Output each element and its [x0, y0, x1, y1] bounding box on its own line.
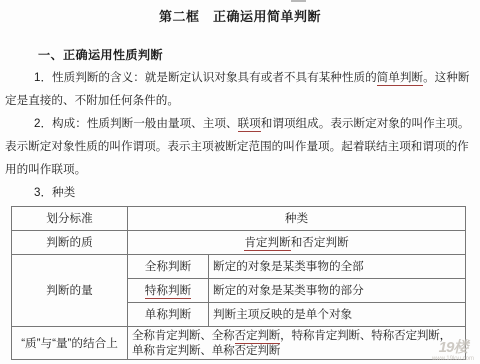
singular-desc-cell: 判断主项反映的是单个对象 — [209, 303, 466, 327]
section-heading: 一、正确运用性质判断 — [0, 48, 480, 63]
paragraph-kinds-label: 3．种类 — [5, 181, 471, 204]
paragraph-definition: 1．性质判断的含义：就是断定认识对象具有或者不具有某种性质的简单判断。这种断定是… — [5, 66, 471, 112]
combination-content-cell: 全称肯定判断、全称否定判断，特称肯定判断、特称否定判断，单称肯定判断、单称否定判… — [128, 327, 466, 360]
universal-type-cell: 全称判断 — [128, 255, 209, 279]
underlined-term: 联项 — [238, 117, 261, 132]
body-content: 1．性质判断的含义：就是断定认识对象具有或者不具有某种性质的简单判断。这种断定是… — [0, 63, 480, 204]
particular-desc-cell: 断定的对象是某类事物的部分 — [209, 279, 466, 303]
19lou-watermark: 19楼 www.19lou.com — [432, 340, 474, 362]
underlined-term: 否定判断 — [235, 329, 281, 344]
quality-label-cell: 判断的质 — [12, 231, 128, 255]
scan-artifact-line — [291, 0, 306, 2]
table-row-quantity-universal: 判断的量 全称判断 断定的对象是某类事物的全部 — [12, 255, 466, 279]
19lou-logo: 19楼 — [432, 340, 474, 355]
table-row-combination: “质”与“量”的结合上 全称肯定判断、全称否定判断，特称肯定判断、特称否定判断，… — [12, 327, 466, 360]
universal-desc-cell: 断定的对象是某类事物的全部 — [209, 255, 466, 279]
quality-content-cell: 肯定判断和否定判断 — [128, 231, 466, 255]
combination-label-cell: “质”与“量”的结合上 — [12, 327, 128, 360]
header-cell-criteria: 划分标准 — [12, 207, 128, 231]
underlined-term: 简单判断 — [377, 71, 423, 86]
particular-type-cell: 特称判断 — [128, 279, 209, 303]
table-header-row: 划分标准 种类 — [12, 207, 466, 231]
table-row-quality: 判断的质 肯定判断和否定判断 — [12, 231, 466, 255]
underlined-term: 特称判断 — [145, 284, 191, 299]
underlined-term: 肯定判断 — [244, 236, 290, 251]
quantity-label-cell: 判断的量 — [12, 255, 128, 327]
header-cell-kinds: 种类 — [128, 207, 466, 231]
19lou-url: www.19lou.com — [432, 356, 474, 362]
paragraph-composition: 2．构成：性质判断一般由量项、主项、联项和谓项组成。表示断定对象的叫作主项。表示… — [5, 112, 471, 181]
singular-type-cell: 单称判断 — [128, 303, 209, 327]
classification-table: 划分标准 种类 判断的质 肯定判断和否定判断 判断的量 全称判断 断定的对象是某… — [11, 206, 466, 360]
page-title: 第二框 正确运用简单判断 — [0, 0, 480, 25]
